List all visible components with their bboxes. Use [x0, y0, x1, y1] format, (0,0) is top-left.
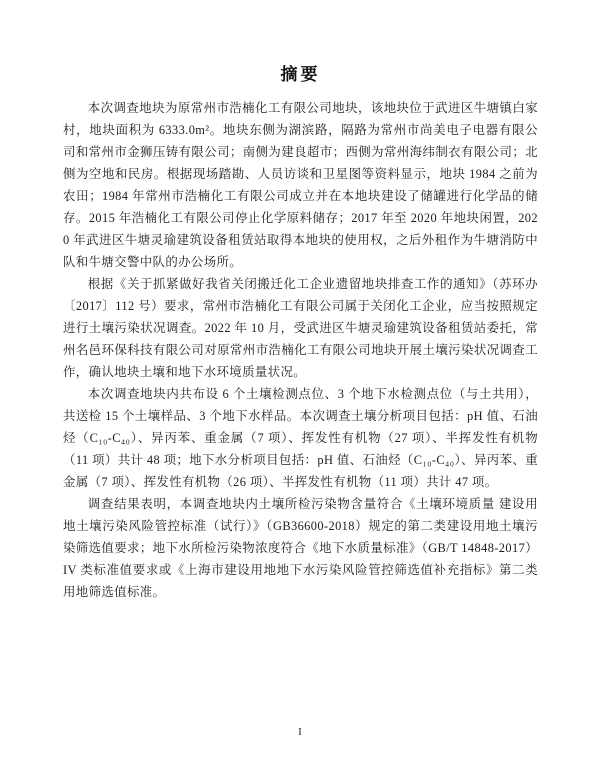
abstract-paragraph-site-overview: 本次调查地块为原常州市浩楠化工有限公司地块，该地块位于武进区牛塘镇白家村，地块面…: [63, 97, 538, 273]
abstract-paragraph-sampling-plan: 本次调查地块内共布设 6 个土壤检测点位、3 个地下水检测点位（与土共用），共送…: [63, 383, 538, 493]
document-page: 摘要 本次调查地块为原常州市浩楠化工有限公司地块，该地块位于武进区牛塘镇白家村，…: [0, 0, 600, 776]
page-number: I: [0, 724, 600, 740]
page-title: 摘要: [63, 62, 538, 88]
abstract-paragraph-survey-basis: 根据《关于抓紧做好我省关闭搬迁化工企业遗留地块排查工作的通知》（苏环办〔2017…: [63, 273, 538, 383]
abstract-paragraph-conclusion: 调查结果表明，本调查地块内土壤所检污染物含量符合《土壤环境质量 建设用地土壤污染…: [63, 493, 538, 603]
